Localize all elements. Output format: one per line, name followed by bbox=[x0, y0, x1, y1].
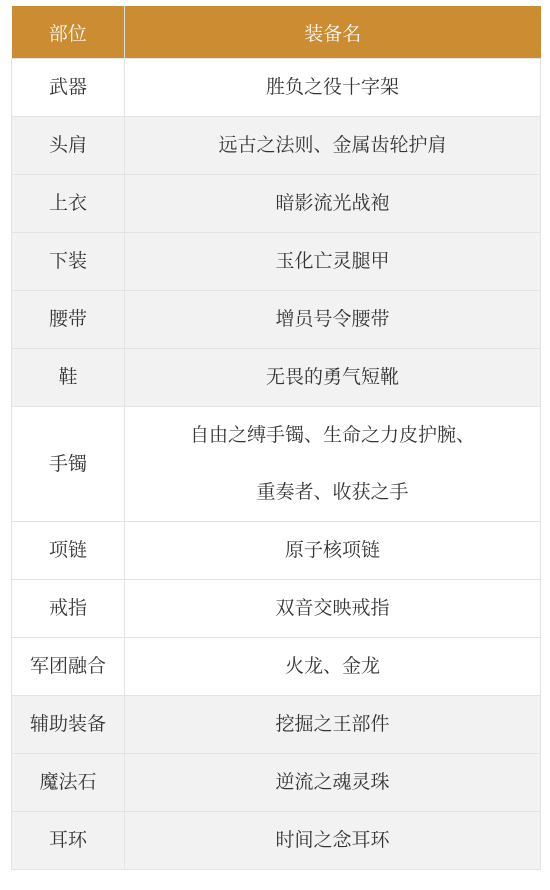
table-row: 魔法石逆流之魂灵珠 bbox=[12, 754, 541, 812]
table-row: 戒指双音交映戒指 bbox=[12, 580, 541, 638]
slot-cell: 武器 bbox=[12, 59, 125, 117]
equipment-cell: 暗影流光战袍 bbox=[125, 175, 541, 233]
equipment-cell: 胜负之役十字架 bbox=[125, 59, 541, 117]
equipment-table-body: 武器胜负之役十字架头肩远古之法则、金属齿轮护肩上衣暗影流光战袍下装玉化亡灵腿甲腰… bbox=[12, 59, 541, 870]
table-row: 头肩远古之法则、金属齿轮护肩 bbox=[12, 117, 541, 175]
equipment-table: 部位 装备名 武器胜负之役十字架头肩远古之法则、金属齿轮护肩上衣暗影流光战袍下装… bbox=[11, 6, 541, 870]
table-row: 项链原子核项链 bbox=[12, 522, 541, 580]
table-row: 鞋无畏的勇气短靴 bbox=[12, 349, 541, 407]
slot-cell: 头肩 bbox=[12, 117, 125, 175]
table-row: 耳环时间之念耳环 bbox=[12, 812, 541, 870]
slot-cell: 下装 bbox=[12, 233, 125, 291]
slot-cell: 手镯 bbox=[12, 407, 125, 522]
equipment-cell: 玉化亡灵腿甲 bbox=[125, 233, 541, 291]
page: 部位 装备名 武器胜负之役十字架头肩远古之法则、金属齿轮护肩上衣暗影流光战袍下装… bbox=[0, 0, 550, 870]
table-row: 上衣暗影流光战袍 bbox=[12, 175, 541, 233]
slot-cell: 腰带 bbox=[12, 291, 125, 349]
slot-cell: 军团融合 bbox=[12, 638, 125, 696]
column-header-equipment: 装备名 bbox=[125, 6, 541, 59]
table-row: 下装玉化亡灵腿甲 bbox=[12, 233, 541, 291]
equipment-cell: 自由之缚手镯、生命之力皮护腕、 重奏者、收获之手 bbox=[125, 407, 541, 522]
table-row: 手镯自由之缚手镯、生命之力皮护腕、 重奏者、收获之手 bbox=[12, 407, 541, 522]
table-row: 军团融合火龙、金龙 bbox=[12, 638, 541, 696]
header-row: 部位 装备名 bbox=[12, 6, 541, 59]
slot-cell: 戒指 bbox=[12, 580, 125, 638]
equipment-cell: 增员号令腰带 bbox=[125, 291, 541, 349]
slot-cell: 项链 bbox=[12, 522, 125, 580]
equipment-cell: 火龙、金龙 bbox=[125, 638, 541, 696]
equipment-cell: 双音交映戒指 bbox=[125, 580, 541, 638]
equipment-cell: 挖掘之王部件 bbox=[125, 696, 541, 754]
equipment-cell: 无畏的勇气短靴 bbox=[125, 349, 541, 407]
equipment-cell: 远古之法则、金属齿轮护肩 bbox=[125, 117, 541, 175]
equipment-cell: 时间之念耳环 bbox=[125, 812, 541, 870]
slot-cell: 鞋 bbox=[12, 349, 125, 407]
table-header: 部位 装备名 bbox=[12, 6, 541, 59]
table-row: 腰带增员号令腰带 bbox=[12, 291, 541, 349]
equipment-cell: 逆流之魂灵珠 bbox=[125, 754, 541, 812]
slot-cell: 上衣 bbox=[12, 175, 125, 233]
slot-cell: 魔法石 bbox=[12, 754, 125, 812]
slot-cell: 耳环 bbox=[12, 812, 125, 870]
equipment-cell: 原子核项链 bbox=[125, 522, 541, 580]
table-row: 辅助装备挖掘之王部件 bbox=[12, 696, 541, 754]
column-header-slot: 部位 bbox=[12, 6, 125, 59]
table-row: 武器胜负之役十字架 bbox=[12, 59, 541, 117]
slot-cell: 辅助装备 bbox=[12, 696, 125, 754]
